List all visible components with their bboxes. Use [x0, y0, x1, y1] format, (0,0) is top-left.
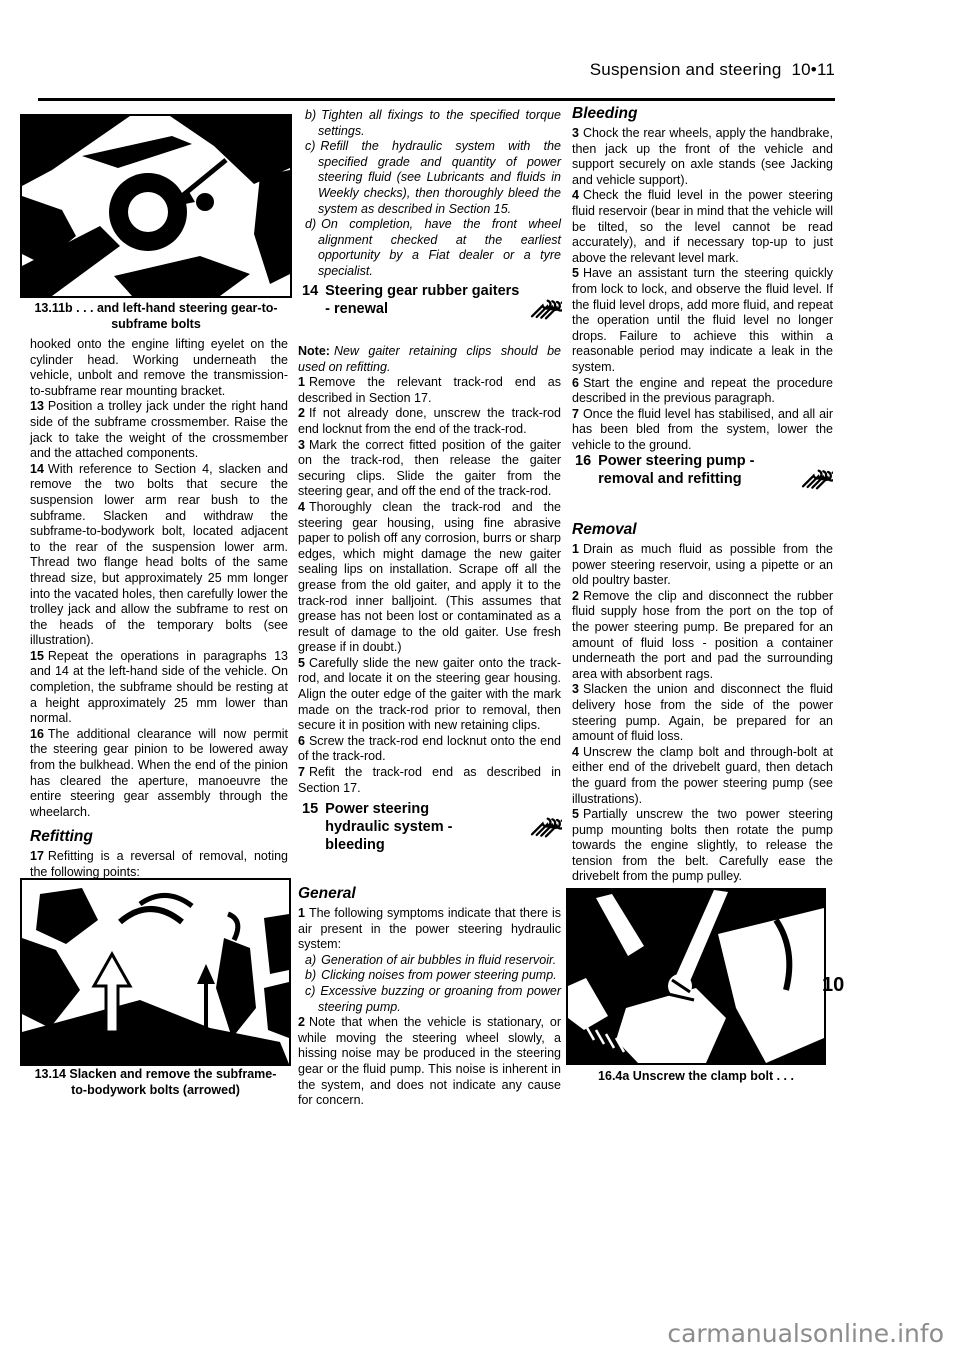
section-number: 16	[575, 452, 598, 488]
watermark-text: carmanualsonline.info	[667, 1326, 944, 1342]
paragraph: 4Check the fluid level in the power stee…	[572, 188, 833, 266]
paragraph: 4Unscrew the clamp bolt and through-bolt…	[572, 745, 833, 807]
clamp-bolt-photo	[568, 890, 824, 1063]
removal-heading: Removal	[572, 520, 833, 539]
paragraph: 3Chock the rear wheels, apply the handbr…	[572, 126, 833, 188]
paragraph: 5Partially unscrew the two power steerin…	[572, 807, 833, 885]
paragraph: 3Slacken the union and disconnect the fl…	[572, 682, 833, 744]
paragraph: 14With reference to Section 4, slacken a…	[30, 462, 288, 649]
paragraph: 2If not already done, unscrew the track-…	[298, 406, 561, 437]
chapter-tab-number: 10	[822, 978, 844, 994]
paragraph: 5Carefully slide the new gaiter onto the…	[298, 656, 561, 734]
photo-13-14	[20, 878, 291, 1066]
paragraph: 13Position a trolley jack under the righ…	[30, 399, 288, 461]
page-title: Suspension and steering	[590, 60, 782, 79]
section-number: 14	[302, 282, 325, 318]
paragraph: 2Remove the clip and disconnect the rubb…	[572, 589, 833, 683]
paragraph: 6Screw the track-rod end locknut onto th…	[298, 734, 561, 765]
photo-16-4a	[566, 888, 826, 1065]
refitting-heading: Refitting	[30, 827, 288, 846]
paragraph: 15Repeat the operations in paragraphs 13…	[30, 649, 288, 727]
difficulty-spanner-icon	[530, 800, 562, 842]
left-column: hooked onto the engine lifting eyelet on…	[30, 337, 288, 912]
list-item: c)Excessive buzzing or groaning from pow…	[298, 984, 561, 1015]
section-14-heading: 14 Steering gear rubber gaiters - renewa…	[302, 282, 562, 324]
middle-column-general: General 1The following symptoms indicate…	[298, 884, 561, 1109]
paragraph: 2Note that when the vehicle is stationar…	[298, 1015, 561, 1109]
paragraph: 1Remove the relevant track-rod end as de…	[298, 375, 561, 406]
header-page-number: 10•11	[781, 60, 835, 79]
paragraph: 7Once the fluid level has stabilised, an…	[572, 407, 833, 454]
manual-page: Suspension and steering10•11 13.11b . . …	[0, 0, 960, 1362]
section-number: 15	[302, 800, 325, 854]
paragraph: hooked onto the engine lifting eyelet on…	[30, 337, 288, 399]
caption-16-4a: 16.4a Unscrew the clamp bolt . . .	[566, 1068, 826, 1084]
paragraph: 1The following symptoms indicate that th…	[298, 906, 561, 953]
list-item: a)Generation of air bubbles in fluid res…	[298, 953, 561, 969]
list-item: b)Clicking noises from power steering pu…	[298, 968, 561, 984]
paragraph: 5Have an assistant turn the steering qui…	[572, 266, 833, 375]
page-header: Suspension and steering10•11	[38, 60, 835, 80]
paragraph: 16The additional clearance will now perm…	[30, 727, 288, 821]
note: Note:New gaiter retaining clips should b…	[298, 344, 561, 375]
list-item: b)Tighten all fixings to the specified t…	[298, 108, 561, 139]
list-item: c)Refill the hydraulic system with the s…	[298, 139, 561, 217]
bleeding-heading: Bleeding	[572, 104, 833, 123]
steering-gear-bolt-photo	[22, 116, 290, 296]
middle-column-body: Note:New gaiter retaining clips should b…	[298, 344, 561, 796]
difficulty-spanner-icon	[801, 452, 833, 494]
photo-13-11b	[20, 114, 292, 298]
caption-13-14: 13.14 Slacken and remove the subframe- t…	[20, 1066, 291, 1098]
paragraph: 1Drain as much fluid as possible from th…	[572, 542, 833, 589]
subframe-bolts-photo	[22, 880, 289, 1064]
paragraph: 6Start the engine and repeat the procedu…	[572, 376, 833, 407]
paragraph: 4Thoroughly clean the track-rod and the …	[298, 500, 561, 656]
difficulty-spanner-icon	[530, 282, 562, 324]
right-column-top: Bleeding 3Chock the rear wheels, apply t…	[572, 104, 833, 453]
right-column-removal: Removal 1Drain as much fluid as possible…	[572, 520, 833, 885]
general-heading: General	[298, 884, 561, 903]
list-item: d)On completion, have the front wheel al…	[298, 217, 561, 279]
section-16-heading: 16 Power steering pump - removal and ref…	[575, 452, 833, 494]
paragraph: 3Mark the correct fitted position of the…	[298, 438, 561, 500]
header-rule	[38, 98, 835, 101]
middle-column-top: b)Tighten all fixings to the specified t…	[298, 108, 561, 280]
section-15-heading: 15 Power steering hydraulic system - ble…	[302, 800, 562, 854]
paragraph: 17Refitting is a reversal of removal, no…	[30, 849, 288, 880]
paragraph: 7Refit the track-rod end as described in…	[298, 765, 561, 796]
caption-13-11b: 13.11b . . . and left-hand steering gear…	[20, 300, 292, 332]
